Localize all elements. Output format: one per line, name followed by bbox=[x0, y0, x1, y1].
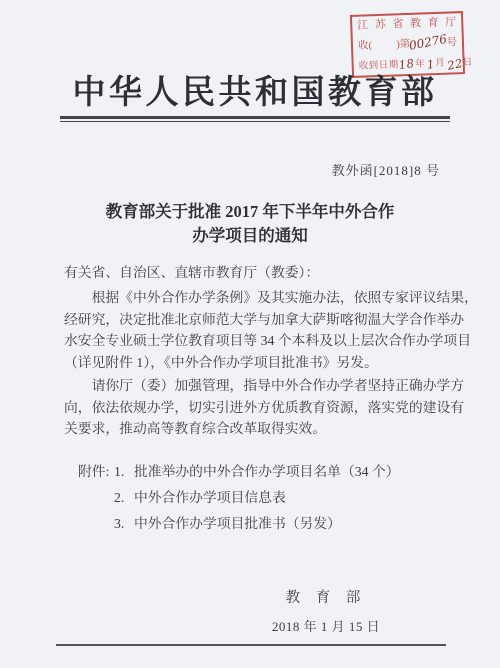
document-page: 江苏省教育厅 收( )第 00276 号 收到日期 18 年 1 月 22 日 … bbox=[0, 0, 500, 668]
document-number: 教外函[2018]8 号 bbox=[332, 160, 440, 179]
letterhead-rule bbox=[60, 116, 450, 122]
attachment-number: 3. bbox=[114, 511, 134, 537]
attachment-text: 中外合作办学项目批准书（另发） bbox=[134, 511, 341, 537]
paragraph-1: 根据《中外合作办学条例》及其实施办法，依照专家评议结果， 经研究，决定批准北京师… bbox=[64, 287, 464, 373]
body-line: 向，依法依规办学，切实引进外方优质教育资源，落实党的建设有 bbox=[64, 397, 464, 419]
notice-title-line1: 教育部关于批准 2017 年下半年中外合作 bbox=[0, 200, 500, 224]
attachment-text: 批准举办的中外合作办学项目名单（34 个） bbox=[134, 459, 400, 485]
attachments-list: 附件: 1. 批准举办的中外合作办学项目名单（34 个） 2. 中外合作办学项目… bbox=[78, 459, 400, 537]
handwritten-serial-number: 00276 bbox=[408, 32, 448, 51]
footer-rule bbox=[56, 644, 446, 646]
notice-body: 有关省、自治区、直辖市教育厅（教委）： 根据《中外合作办学条例》及其实施办法，依… bbox=[64, 262, 464, 440]
body-line: 请你厅（委）加强管理，指导中外合作办学者坚持正确办学方 bbox=[64, 375, 464, 397]
ministry-letterhead: 中华人民共和国教育部 bbox=[0, 66, 500, 113]
notice-title: 教育部关于批准 2017 年下半年中外合作 办学项目的通知 bbox=[0, 200, 500, 248]
body-line: 根据《中外合作办学条例》及其实施办法，依照专家评议结果， bbox=[64, 287, 464, 309]
body-line: 水安全专业硕士学位教育项目等 34 个本科及以上层次合作办学项目 bbox=[64, 330, 464, 352]
stamp-serial-suffix: 号 bbox=[446, 37, 457, 49]
issue-date: 2018 年 1 月 15 日 bbox=[252, 618, 400, 636]
body-line: （详见附件 1），《中外合作办学项目批准书》另发。 bbox=[64, 352, 464, 374]
signature-block: 教 育 部 2018 年 1 月 15 日 bbox=[252, 589, 400, 636]
attachment-number: 2. bbox=[114, 485, 134, 511]
attachment-item: 附件: 1. 批准举办的中外合作办学项目名单（34 个） bbox=[78, 459, 400, 485]
notice-title-line2: 办学项目的通知 bbox=[0, 224, 500, 248]
stamp-org-text: 江苏省教育厅 bbox=[357, 16, 456, 31]
attachment-number: 1. bbox=[114, 459, 134, 485]
attachment-item: 3. 中外合作办学项目批准书（另发） bbox=[78, 511, 400, 537]
body-line: 经研究，决定批准北京师范大学与加拿大萨斯喀彻温大学合作举办 bbox=[64, 309, 464, 331]
signer-name: 教 育 部 bbox=[252, 589, 400, 607]
stamp-serial-prefix: 收( bbox=[358, 40, 372, 52]
body-line: 关要求，推动高等教育综合改革取得实效。 bbox=[64, 418, 464, 440]
salutation: 有关省、自治区、直辖市教育厅（教委）： bbox=[64, 262, 464, 284]
stamp-org-line: 江苏省教育厅 bbox=[357, 16, 456, 31]
attachment-text: 中外合作办学项目信息表 bbox=[134, 485, 286, 511]
stamp-serial-line: 收( )第 00276 号 bbox=[358, 35, 457, 52]
attachment-item: 2. 中外合作办学项目信息表 bbox=[78, 485, 400, 511]
attachments-label: 附件: bbox=[78, 459, 114, 485]
paragraph-2: 请你厅（委）加强管理，指导中外合作办学者坚持正确办学方 向，依法依规办学，切实引… bbox=[64, 375, 464, 440]
